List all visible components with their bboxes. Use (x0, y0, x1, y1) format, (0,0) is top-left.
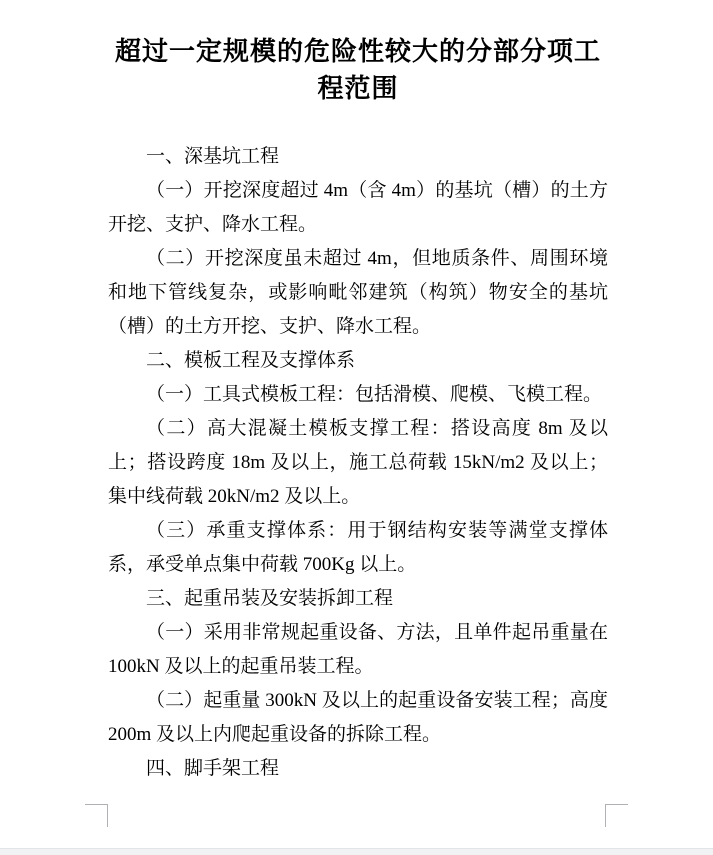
section-4-heading: 四、脚手架工程 (108, 752, 608, 786)
section-2-item-1: （一）工具式模板工程：包括滑模、爬模、飞模工程。 (108, 378, 608, 412)
document-text-area[interactable]: 超过一定规模的危险性较大的分部分项工程范围 一、深基坑工程 （一）开挖深度超过 … (108, 33, 608, 786)
section-1-item-1: （一）开挖深度超过 4m（含 4m）的基坑（槽）的土方开挖、支护、降水工程。 (108, 174, 608, 242)
section-2-heading: 二、模板工程及支撑体系 (108, 344, 608, 378)
workspace-background (0, 848, 713, 855)
section-3-item-2: （二）起重量 300kN 及以上的起重设备安装工程；高度 200m 及以上内爬起… (108, 684, 608, 752)
section-2-item-2: （二）高大混凝土模板支撑工程：搭设高度 8m 及以上；搭设跨度 18m 及以上，… (108, 412, 608, 514)
section-2-item-3: （三）承重支撑体系：用于钢结构安装等满堂支撑体系，承受单点集中荷载 700Kg … (108, 514, 608, 582)
margin-crop-mark-bottom-right (605, 804, 628, 827)
section-3-item-1: （一）采用非常规起重设备、方法，且单件起吊重量在 100kN 及以上的起重吊装工… (108, 616, 608, 684)
document-page[interactable]: 超过一定规模的危险性较大的分部分项工程范围 一、深基坑工程 （一）开挖深度超过 … (0, 0, 713, 855)
document-body: 一、深基坑工程 （一）开挖深度超过 4m（含 4m）的基坑（槽）的土方开挖、支护… (108, 140, 608, 786)
page-title: 超过一定规模的危险性较大的分部分项工程范围 (108, 33, 608, 107)
section-1-heading: 一、深基坑工程 (108, 140, 608, 174)
section-3-heading: 三、起重吊装及安装拆卸工程 (108, 582, 608, 616)
margin-crop-mark-bottom-left (85, 804, 108, 827)
section-1-item-2: （二）开挖深度虽未超过 4m，但地质条件、周围环境和地下管线复杂，或影响毗邻建筑… (108, 242, 608, 344)
